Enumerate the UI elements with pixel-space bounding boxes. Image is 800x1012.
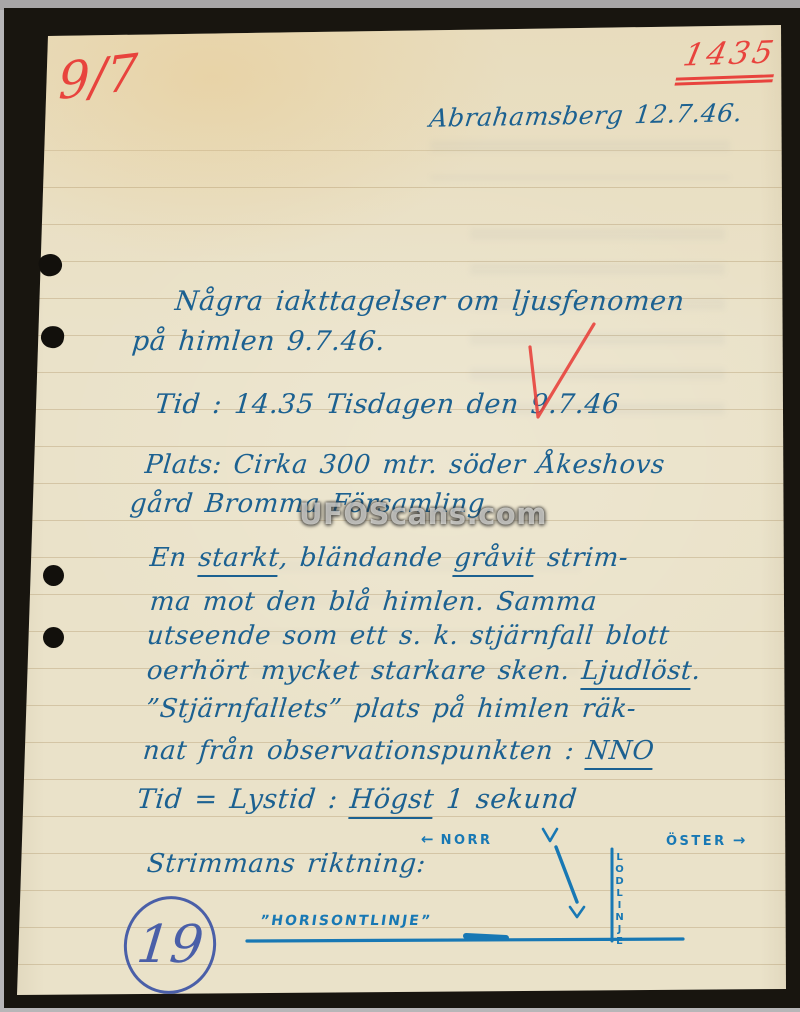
text-segment: Tid : 14.35 Tisdagen den 9.7.46 <box>154 389 622 420</box>
right-arrow-icon: → <box>733 831 746 849</box>
text-segment: NNO <box>584 736 655 770</box>
handwritten-line-description-3: utseende som ett s. k. stjärnfall blott <box>146 621 671 651</box>
text-segment: gråvit <box>453 543 537 577</box>
text-segment: ma mot den blå himlen. Samma <box>149 587 599 617</box>
text-segment: ”Stjärnfallets” plats på himlen räk- <box>145 694 638 724</box>
east-label-text: ÖSTER <box>666 834 727 849</box>
text-segment: starkt <box>197 543 281 577</box>
diagram-horizon-label: ”HORISONTLINJE” <box>259 913 433 929</box>
diagram-east-label: ÖSTER→ <box>666 831 745 849</box>
text-segment: strim- <box>534 543 629 573</box>
place-and-date-line: Abrahamsberg 12.7.46. <box>428 98 744 132</box>
text-segment: 1 sekund <box>433 784 579 815</box>
handwritten-line-streak-direction: Strimmans riktning: <box>146 849 427 879</box>
watermark: UFOScans.com <box>299 497 547 531</box>
handwritten-line-title-2: på himlen 9.7.46. <box>131 326 387 357</box>
diagram-plumb-line-label: LODLINJE <box>614 852 625 944</box>
text-segment: Ljudlöst <box>580 656 693 690</box>
diagram-north-label: ←NORR <box>421 830 493 848</box>
punch-hole <box>43 627 64 648</box>
north-label-text: NORR <box>441 833 493 848</box>
page-number: 19 <box>134 915 206 975</box>
handwritten-line-time: Tid : 14.35 Tisdagen den 9.7.46 <box>154 389 622 420</box>
text-segment: Några iakttagelser om ljusfenomen <box>174 286 686 317</box>
text-segment: oerhört mycket starkare sken. <box>146 656 583 686</box>
text-segment: på himlen 9.7.46. <box>131 326 387 357</box>
handwritten-line-description-1: En starkt, bländande gråvit strim- <box>149 543 630 573</box>
text-segment: Tid = Lystid : <box>136 784 352 815</box>
handwritten-line-direction-2: nat från observationspunkten : NNO <box>142 736 656 766</box>
text-segment: utseende som ett s. k. stjärnfall blott <box>146 621 671 651</box>
punch-hole <box>43 565 64 586</box>
handwritten-line-place-1: Plats: Cirka 300 mtr. söder Åkeshovs <box>144 450 666 480</box>
text-segment: nat från observationspunkten : <box>142 736 588 766</box>
handwritten-line-description-2: ma mot den blå himlen. Samma <box>149 587 599 617</box>
handwritten-line-direction-1: ”Stjärnfallets” plats på himlen räk- <box>145 694 638 724</box>
red-annotation-time: 1435 <box>674 34 782 85</box>
left-arrow-icon: ← <box>421 830 434 848</box>
text-segment: Strimmans riktning: <box>146 849 427 879</box>
red-annotation-date: 9/7 <box>58 43 139 111</box>
handwritten-line-description-4: oerhört mycket starkare sken. Ljudlöst. <box>146 656 702 686</box>
text-segment: Plats: Cirka 300 mtr. söder Åkeshovs <box>144 450 666 480</box>
text-segment: , bländande <box>278 543 456 573</box>
text-segment: En <box>149 543 200 573</box>
text-segment: Högst <box>348 784 435 819</box>
handwritten-line-title-1: Några iakttagelser om ljusfenomen <box>174 286 686 317</box>
handwritten-line-duration: Tid = Lystid : Högst 1 sekund <box>136 784 579 815</box>
scanned-document-page: 9/7 1435 Abrahamsberg 12.7.46. Några iak… <box>0 0 800 1012</box>
